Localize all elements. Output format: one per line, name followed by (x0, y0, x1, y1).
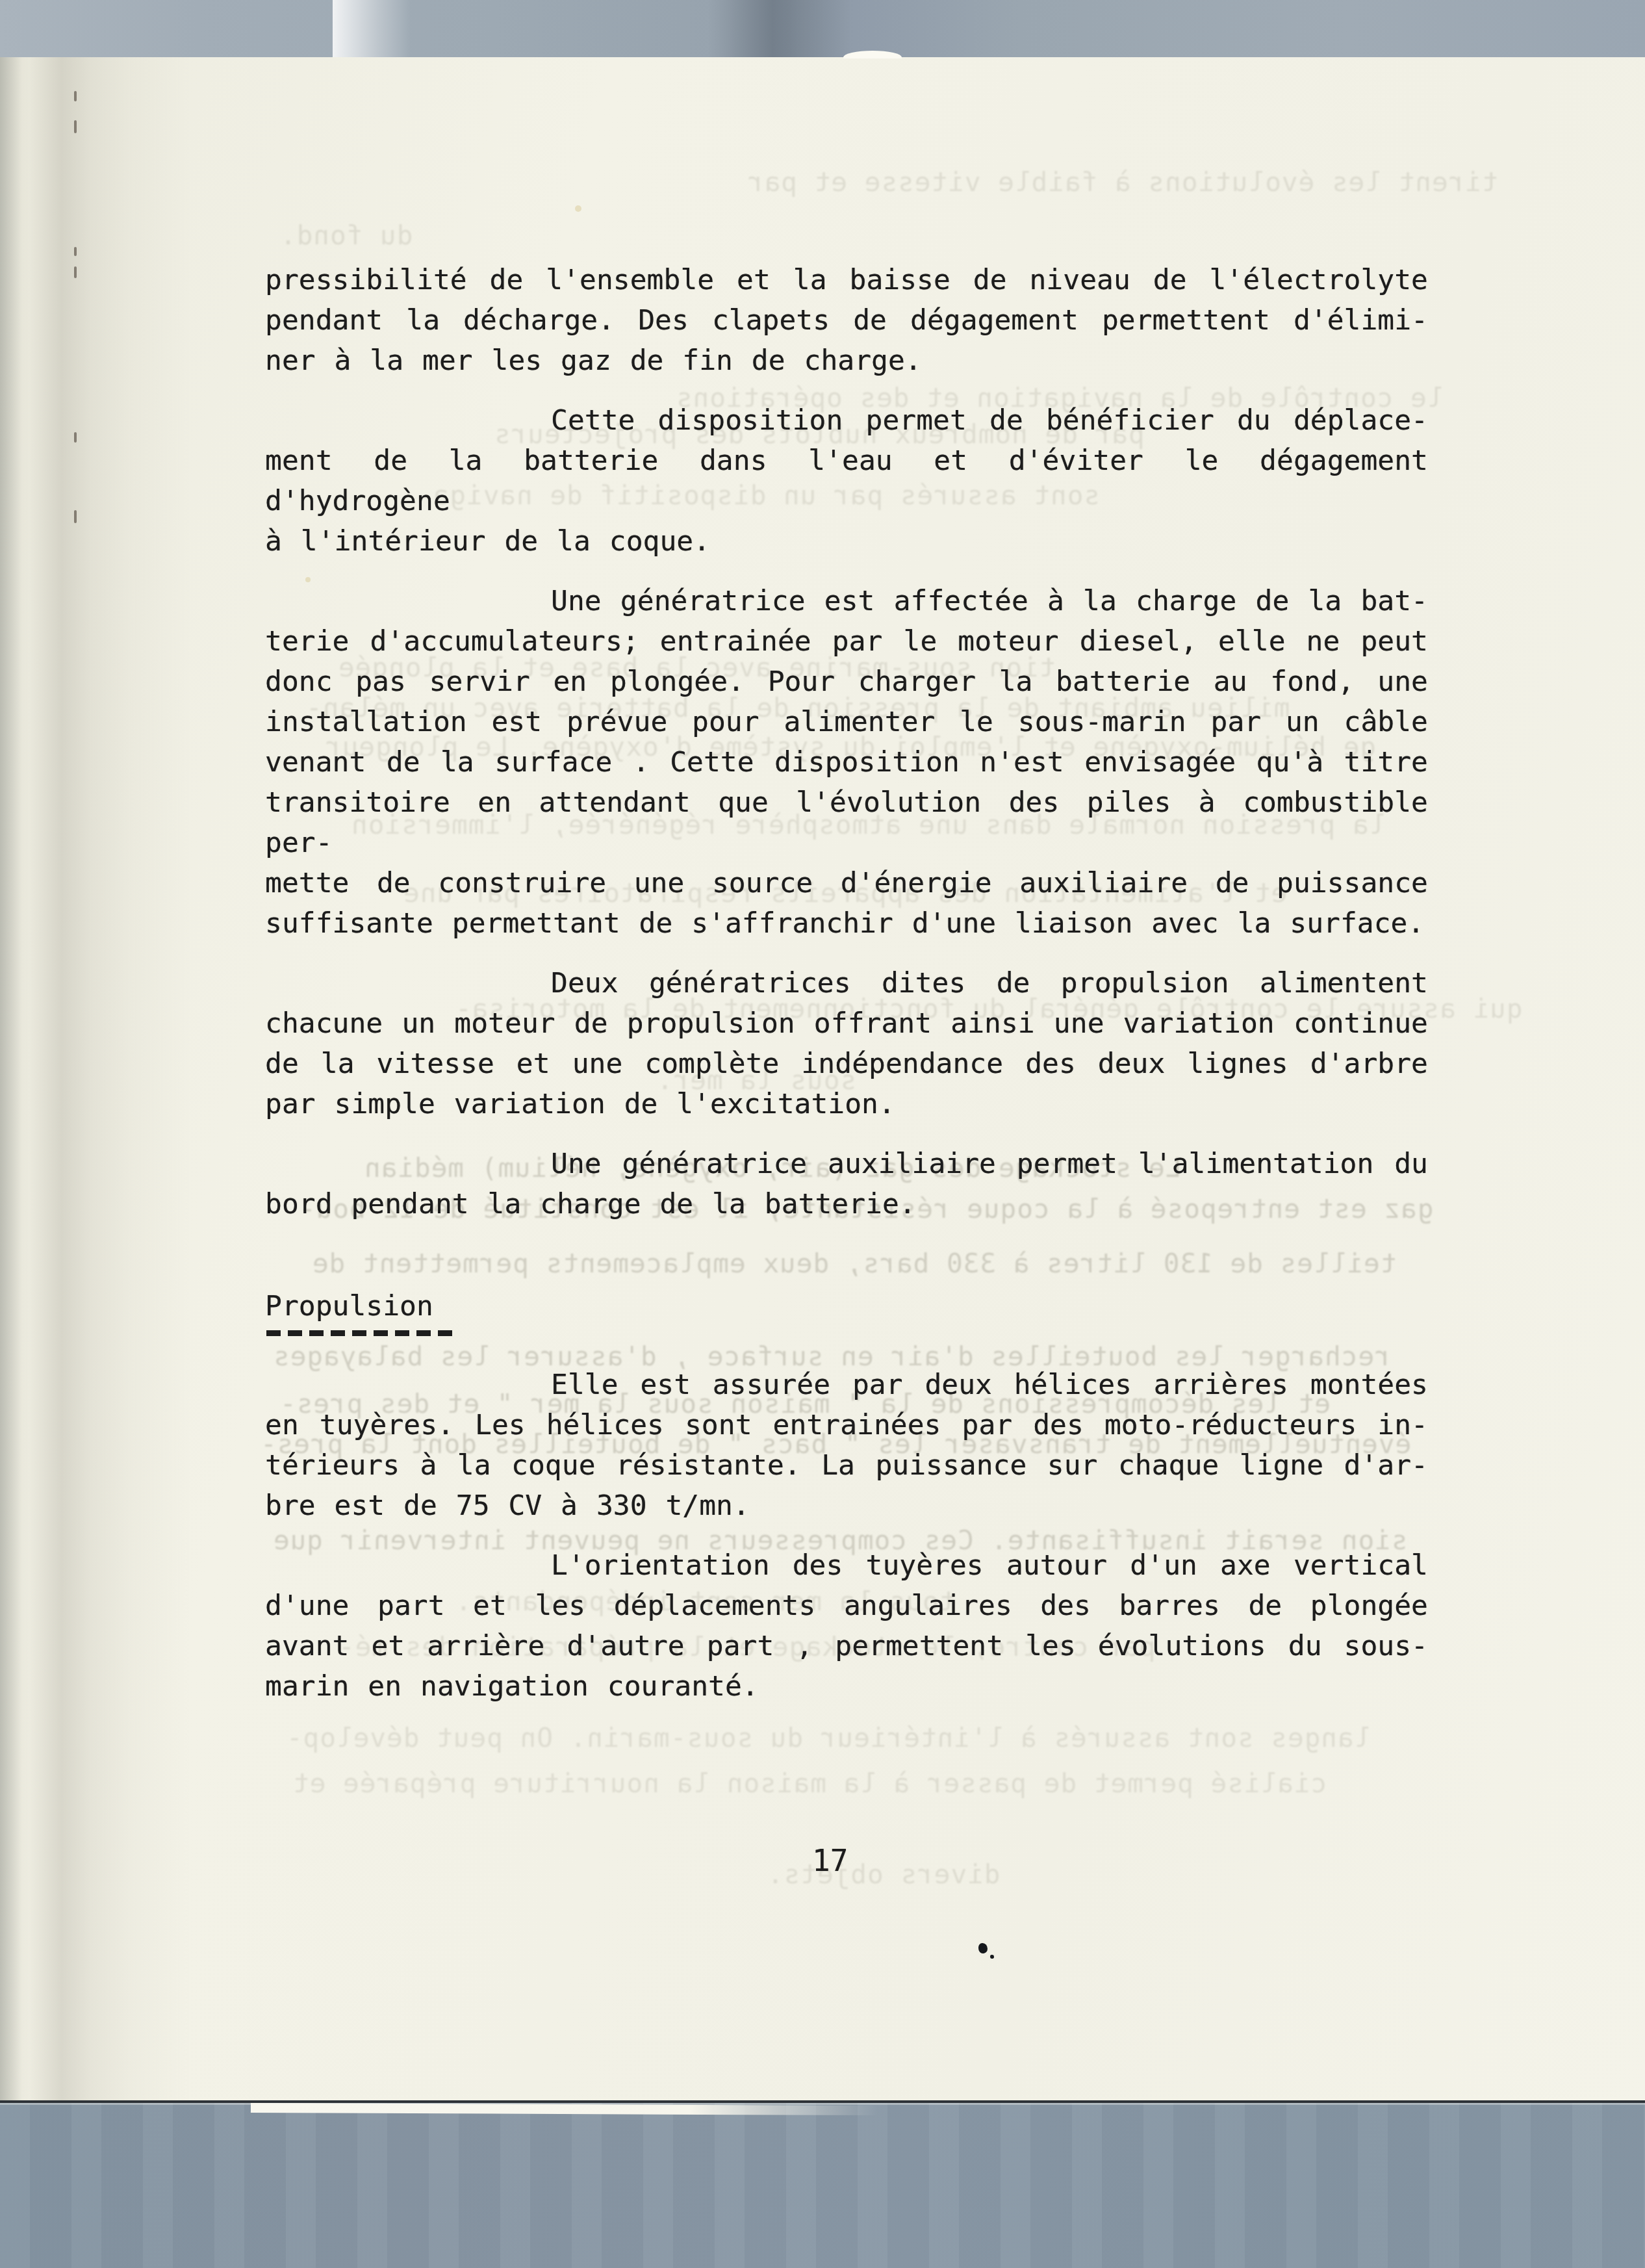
text-line: suffisante permettant de s'affranchir d'… (265, 903, 1428, 944)
paragraph: Une génératrice auxiliaire permet l'alim… (265, 1144, 1428, 1224)
paragraph: Une génératrice est affectée à la charge… (265, 581, 1428, 944)
text-line: Une génératrice auxiliaire permet l'alim… (265, 1144, 1428, 1184)
bleedthrough-text-line: langes sont assurés à l'intérieur du sou… (286, 1722, 1370, 1753)
gutter-crease-mark (74, 432, 77, 443)
paragraph: L'orientation des tuyères autour d'un ax… (265, 1545, 1428, 1707)
paragraph: Elle est assurée par deux hélices arrièr… (265, 1365, 1428, 1526)
paper-stain (575, 205, 581, 212)
ink-speck (978, 1943, 988, 1953)
section-heading-propulsion: Propulsion (265, 1286, 1428, 1326)
paragraph: Cette disposition permet de bénéficier d… (265, 400, 1428, 561)
scanned-book-page: tirent les évolutions à faible vitesse e… (0, 0, 1645, 2268)
scanner-background-bottom (0, 2103, 1645, 2268)
text-line: donc pas servir en plongée. Pour charger… (265, 662, 1428, 702)
paper-sliver-top-edge (333, 0, 411, 58)
heading-dashed-underline (266, 1330, 456, 1336)
spacer (265, 1336, 1428, 1365)
text-line: pressibilité de l'ensemble et la baisse … (265, 260, 1428, 300)
document-page: tirent les évolutions à faible vitesse e… (0, 57, 1645, 2103)
bleedthrough-text-line: cialisé permet de passer à la maison la … (292, 1768, 1327, 1799)
bleedthrough-text-line: du fond. (279, 220, 413, 251)
text-line: Elle est assurée par deux hélices arrièr… (265, 1365, 1428, 1405)
text-line: Deux génératrices dites de propulsion al… (265, 963, 1428, 1003)
text-line: pendant la décharge. Des clapets de déga… (265, 300, 1428, 341)
text-line: ment de la batterie dans l'eau et d'évit… (265, 441, 1428, 521)
gutter-crease-mark (74, 120, 77, 133)
text-line: L'orientation des tuyères autour d'un ax… (265, 1545, 1428, 1586)
bleedthrough-text-line: tirent les évolutions à faible vitesse e… (747, 166, 1498, 198)
paragraph: pressibilité de l'ensemble et la baisse … (265, 260, 1428, 381)
text-line: terie d'accumulateurs; entrainée par le … (265, 621, 1428, 662)
bleedthrough-text-line: divers objets. (767, 1859, 1001, 1890)
text-line: venant de la surface . Cette disposition… (265, 742, 1428, 782)
text-line: transitoire en attendant que l'évolution… (265, 782, 1428, 863)
page-text-column: pressibilité de l'ensemble et la baisse … (265, 260, 1428, 1726)
gutter-crease-mark (74, 510, 77, 523)
text-line: ner à la mer les gaz de fin de charge. (265, 341, 1428, 381)
text-line: marin en navigation couranté. (265, 1666, 1428, 1707)
scanner-background-top (0, 0, 1645, 60)
page-number: 17 (812, 1843, 848, 1878)
text-line: mette de construire une source d'énergie… (265, 863, 1428, 903)
under-page-edge-sliver (251, 2103, 878, 2115)
gutter-crease-mark (74, 91, 77, 101)
text-line: Une génératrice est affectée à la charge… (265, 581, 1428, 621)
text-line: térieurs à la coque résistante. La puiss… (265, 1445, 1428, 1486)
text-line: à l'intérieur de la coque. (265, 521, 1428, 561)
page-bottom-edge-highlight (0, 2103, 1645, 2105)
paragraph: Deux génératrices dites de propulsion al… (265, 963, 1428, 1124)
text-line: avant et arrière d'autre part , permette… (265, 1626, 1428, 1666)
scanner-shadow-streak (708, 0, 851, 60)
text-line: Cette disposition permet de bénéficier d… (265, 400, 1428, 441)
text-line: chacune un moteur de propulsion offrant … (265, 1003, 1428, 1044)
text-line: bre est de 75 CV à 330 t/mn. (265, 1486, 1428, 1526)
text-line: installation est prévue pour alimenter l… (265, 702, 1428, 742)
text-line: par simple variation de l'excitation. (265, 1084, 1428, 1124)
gutter-crease-mark (74, 247, 77, 256)
text-line: de la vitesse et une complète indépendan… (265, 1044, 1428, 1084)
gutter-crease-mark (74, 266, 77, 278)
ink-speck (990, 1955, 994, 1959)
text-line: d'une part et les déplacements angulaire… (265, 1586, 1428, 1626)
text-line: bord pendant la charge de la batterie. (265, 1184, 1428, 1224)
text-line: en tuyères. Les hélices sont entrainées … (265, 1405, 1428, 1445)
